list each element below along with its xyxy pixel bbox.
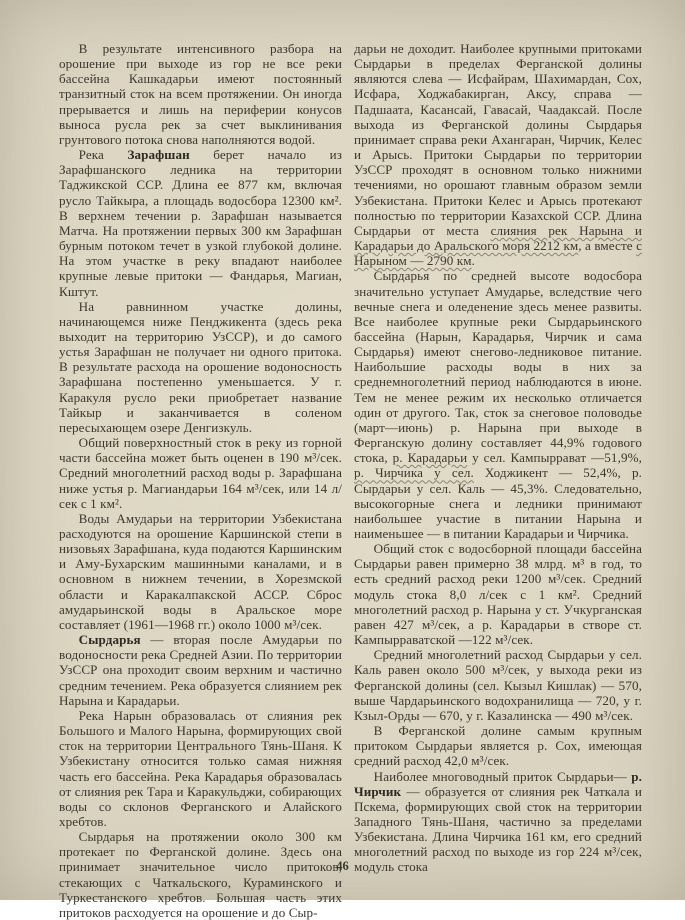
- body-text: Воды Амударьи на территории Узбекистана …: [59, 511, 342, 632]
- body-text: Наиболее многоводный приток Сырдарьи—: [374, 769, 632, 784]
- body-text: у сел. Кампыррават —51,9%,: [467, 450, 642, 465]
- bold-text: Зарафшан: [127, 147, 189, 162]
- paragraph: Река Зарафшан берет начало из Зарафшанск…: [59, 147, 342, 299]
- paragraph: Сырдарья по средней высоте водосбора зна…: [354, 268, 642, 541]
- body-text: .: [472, 253, 475, 268]
- body-text: В результате интенсивного разбора на оро…: [59, 41, 342, 147]
- paragraph: В результате интенсивного разбора на оро…: [59, 41, 342, 147]
- paragraph: Река Нарын образовалась от слияния рек Б…: [59, 708, 342, 829]
- paragraph: Общий поверхностный сток в реку из горно…: [59, 435, 342, 511]
- paragraph: дарьи не доходит. Наиболее крупными прит…: [354, 41, 642, 268]
- bold-text: Сырдарья: [79, 632, 141, 647]
- pencil-underlined-text: р. Чирчика у сел.: [354, 465, 474, 480]
- left-column: В результате интенсивного разбора на оро…: [59, 41, 342, 900]
- right-column: дарьи не доходит. Наиболее крупными прит…: [354, 41, 642, 900]
- paragraph: На равнинном участке долины, начинающемс…: [59, 299, 342, 435]
- body-text: Общий сток с водосборной площади бассейн…: [354, 541, 642, 647]
- paragraph: Сырдарья — вторая после Амударьи по водо…: [59, 632, 342, 708]
- body-text: , а вместе: [578, 238, 636, 253]
- text-columns: В результате интенсивного разбора на оро…: [59, 41, 642, 900]
- body-text: На равнинном участке долины, начинающемс…: [59, 299, 342, 435]
- body-text: Общий поверхностный сток в реку из горно…: [59, 435, 342, 511]
- body-text: Средний многолетний расход Сырдарьи у се…: [354, 647, 642, 723]
- paragraph: В Ферганской долине самым крупным приток…: [354, 723, 642, 768]
- page-number: 46: [0, 859, 685, 874]
- book-page: В результате интенсивного разбора на оро…: [0, 0, 685, 900]
- pencil-underlined-text: р. Карадарьи: [393, 450, 468, 465]
- paragraph: Общий сток с водосборной площади бассейн…: [354, 541, 642, 647]
- body-text: Река Нарын образовалась от слияния рек Б…: [59, 708, 342, 829]
- body-text: Сырдарья по средней высоте водосбора зна…: [354, 268, 642, 465]
- body-text: берет начало из Зарафшанского ледника на…: [59, 147, 342, 298]
- body-text: дарьи не доходит. Наиболее крупными прит…: [354, 41, 642, 238]
- body-text: Река: [79, 147, 128, 162]
- paragraph: Средний многолетний расход Сырдарьи у се…: [354, 647, 642, 723]
- body-text: В Ферганской долине самым крупным приток…: [354, 723, 642, 768]
- paragraph: Воды Амударьи на территории Узбекистана …: [59, 511, 342, 632]
